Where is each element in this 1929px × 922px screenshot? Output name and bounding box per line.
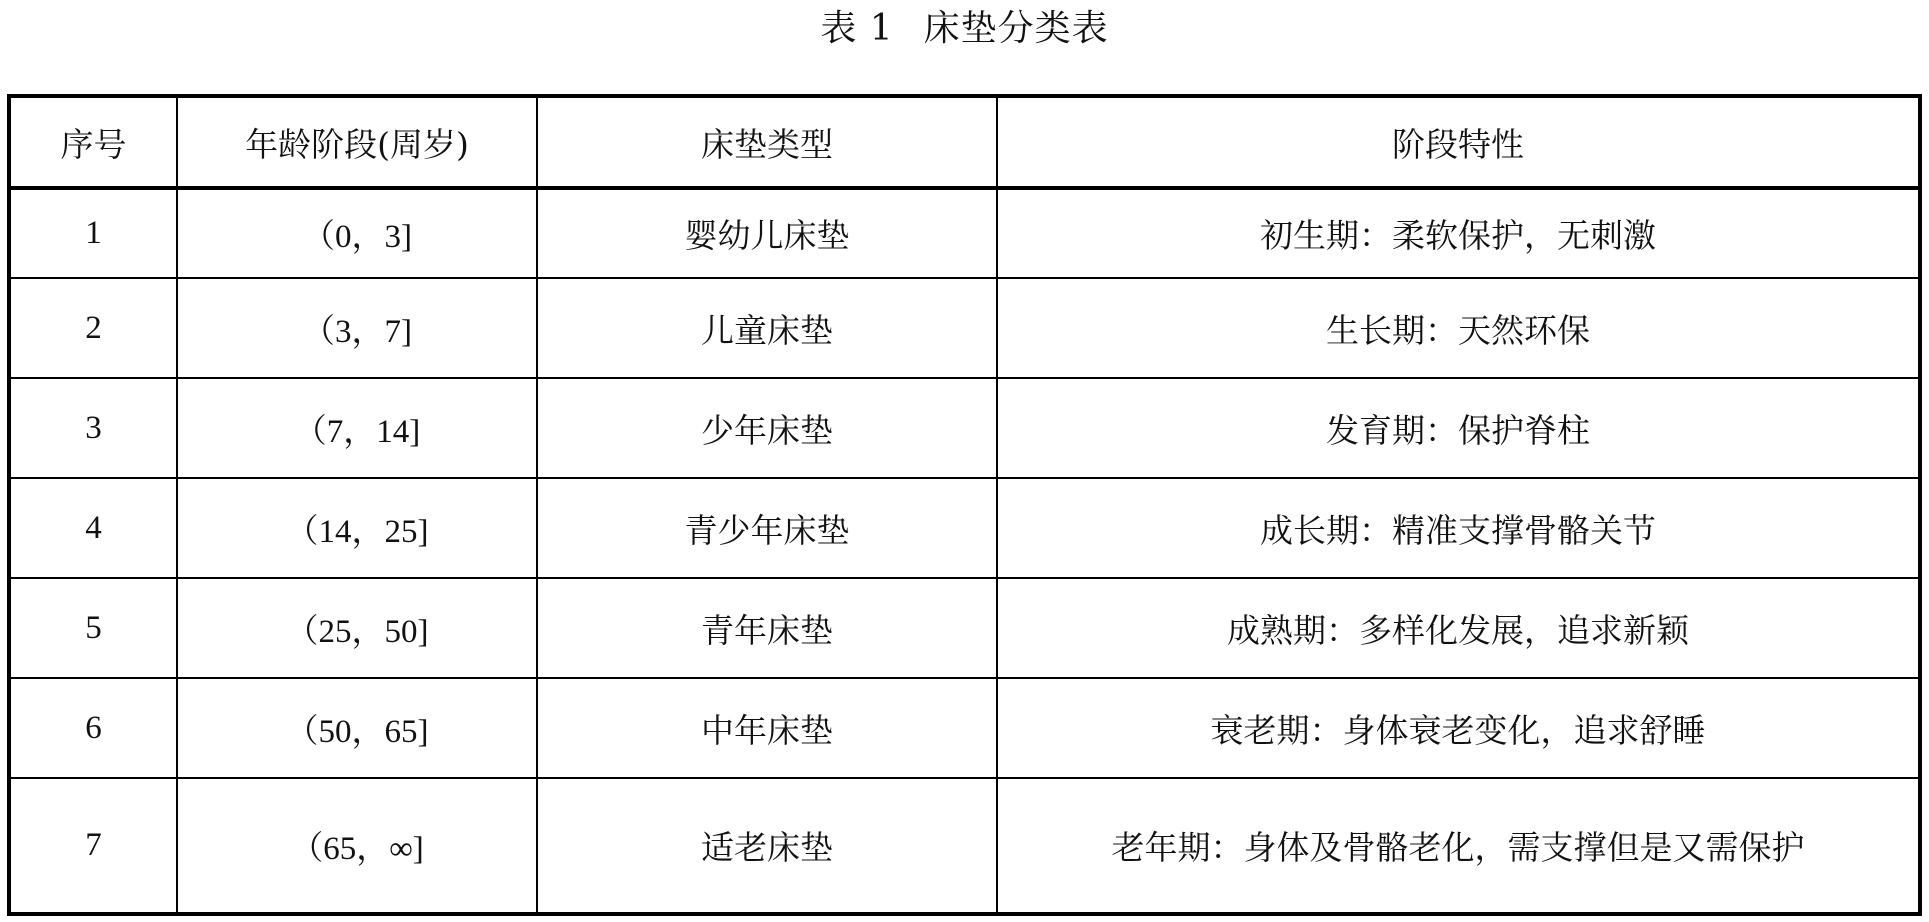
cell-age-range: （14，25]: [177, 478, 537, 578]
cell-index: 2: [9, 278, 177, 378]
header-index: 序号: [9, 96, 177, 188]
cell-mattress-type: 青年床垫: [537, 578, 997, 678]
cell-mattress-type: 儿童床垫: [537, 278, 997, 378]
cell-stage-feature: 成长期：精准支撑骨骼关节: [997, 478, 1920, 578]
cell-stage-feature: 生长期：天然环保: [997, 278, 1920, 378]
cell-mattress-type: 适老床垫: [537, 778, 997, 914]
cell-mattress-type: 少年床垫: [537, 378, 997, 478]
table-row: 6 （50，65] 中年床垫 衰老期：身体衰老变化，追求舒睡: [9, 678, 1920, 778]
cell-mattress-type: 青少年床垫: [537, 478, 997, 578]
header-mattress-type: 床垫类型: [537, 96, 997, 188]
cell-age-range: （7，14]: [177, 378, 537, 478]
cell-stage-feature: 发育期：保护脊柱: [997, 378, 1920, 478]
cell-index: 6: [9, 678, 177, 778]
cell-stage-feature: 衰老期：身体衰老变化，追求舒睡: [997, 678, 1920, 778]
mattress-classification-table: 序号 年龄阶段(周岁) 床垫类型 阶段特性 1 （0，3] 婴幼儿床垫 初生期：…: [7, 94, 1922, 916]
cell-age-range: （65，∞]: [177, 778, 537, 914]
cell-stage-feature: 老年期：身体及骨骼老化，需支撑但是又需保护: [997, 778, 1920, 914]
cell-age-range: （0，3]: [177, 188, 537, 278]
table-caption: 表 1床垫分类表: [0, 0, 1929, 60]
table-row: 7 （65，∞] 适老床垫 老年期：身体及骨骼老化，需支撑但是又需保护: [9, 778, 1920, 914]
table-title: 床垫分类表: [924, 8, 1109, 49]
cell-index: 3: [9, 378, 177, 478]
header-row: 序号 年龄阶段(周岁) 床垫类型 阶段特性: [9, 96, 1920, 188]
table-row: 1 （0，3] 婴幼儿床垫 初生期：柔软保护，无刺激: [9, 188, 1920, 278]
table-row: 3 （7，14] 少年床垫 发育期：保护脊柱: [9, 378, 1920, 478]
table-number: 表 1: [820, 8, 893, 49]
table-row: 2 （3，7] 儿童床垫 生长期：天然环保: [9, 278, 1920, 378]
cell-index: 1: [9, 188, 177, 278]
cell-age-range: （50，65]: [177, 678, 537, 778]
cell-index: 7: [9, 778, 177, 914]
table-row: 5 （25，50] 青年床垫 成熟期：多样化发展，追求新颖: [9, 578, 1920, 678]
cell-index: 4: [9, 478, 177, 578]
cell-index: 5: [9, 578, 177, 678]
cell-age-range: （3，7]: [177, 278, 537, 378]
header-stage-feature: 阶段特性: [997, 96, 1920, 188]
table-row: 4 （14，25] 青少年床垫 成长期：精准支撑骨骼关节: [9, 478, 1920, 578]
header-age-range: 年龄阶段(周岁): [177, 96, 537, 188]
cell-stage-feature: 成熟期：多样化发展，追求新颖: [997, 578, 1920, 678]
cell-age-range: （25，50]: [177, 578, 537, 678]
cell-mattress-type: 婴幼儿床垫: [537, 188, 997, 278]
cell-mattress-type: 中年床垫: [537, 678, 997, 778]
cell-stage-feature: 初生期：柔软保护，无刺激: [997, 188, 1920, 278]
